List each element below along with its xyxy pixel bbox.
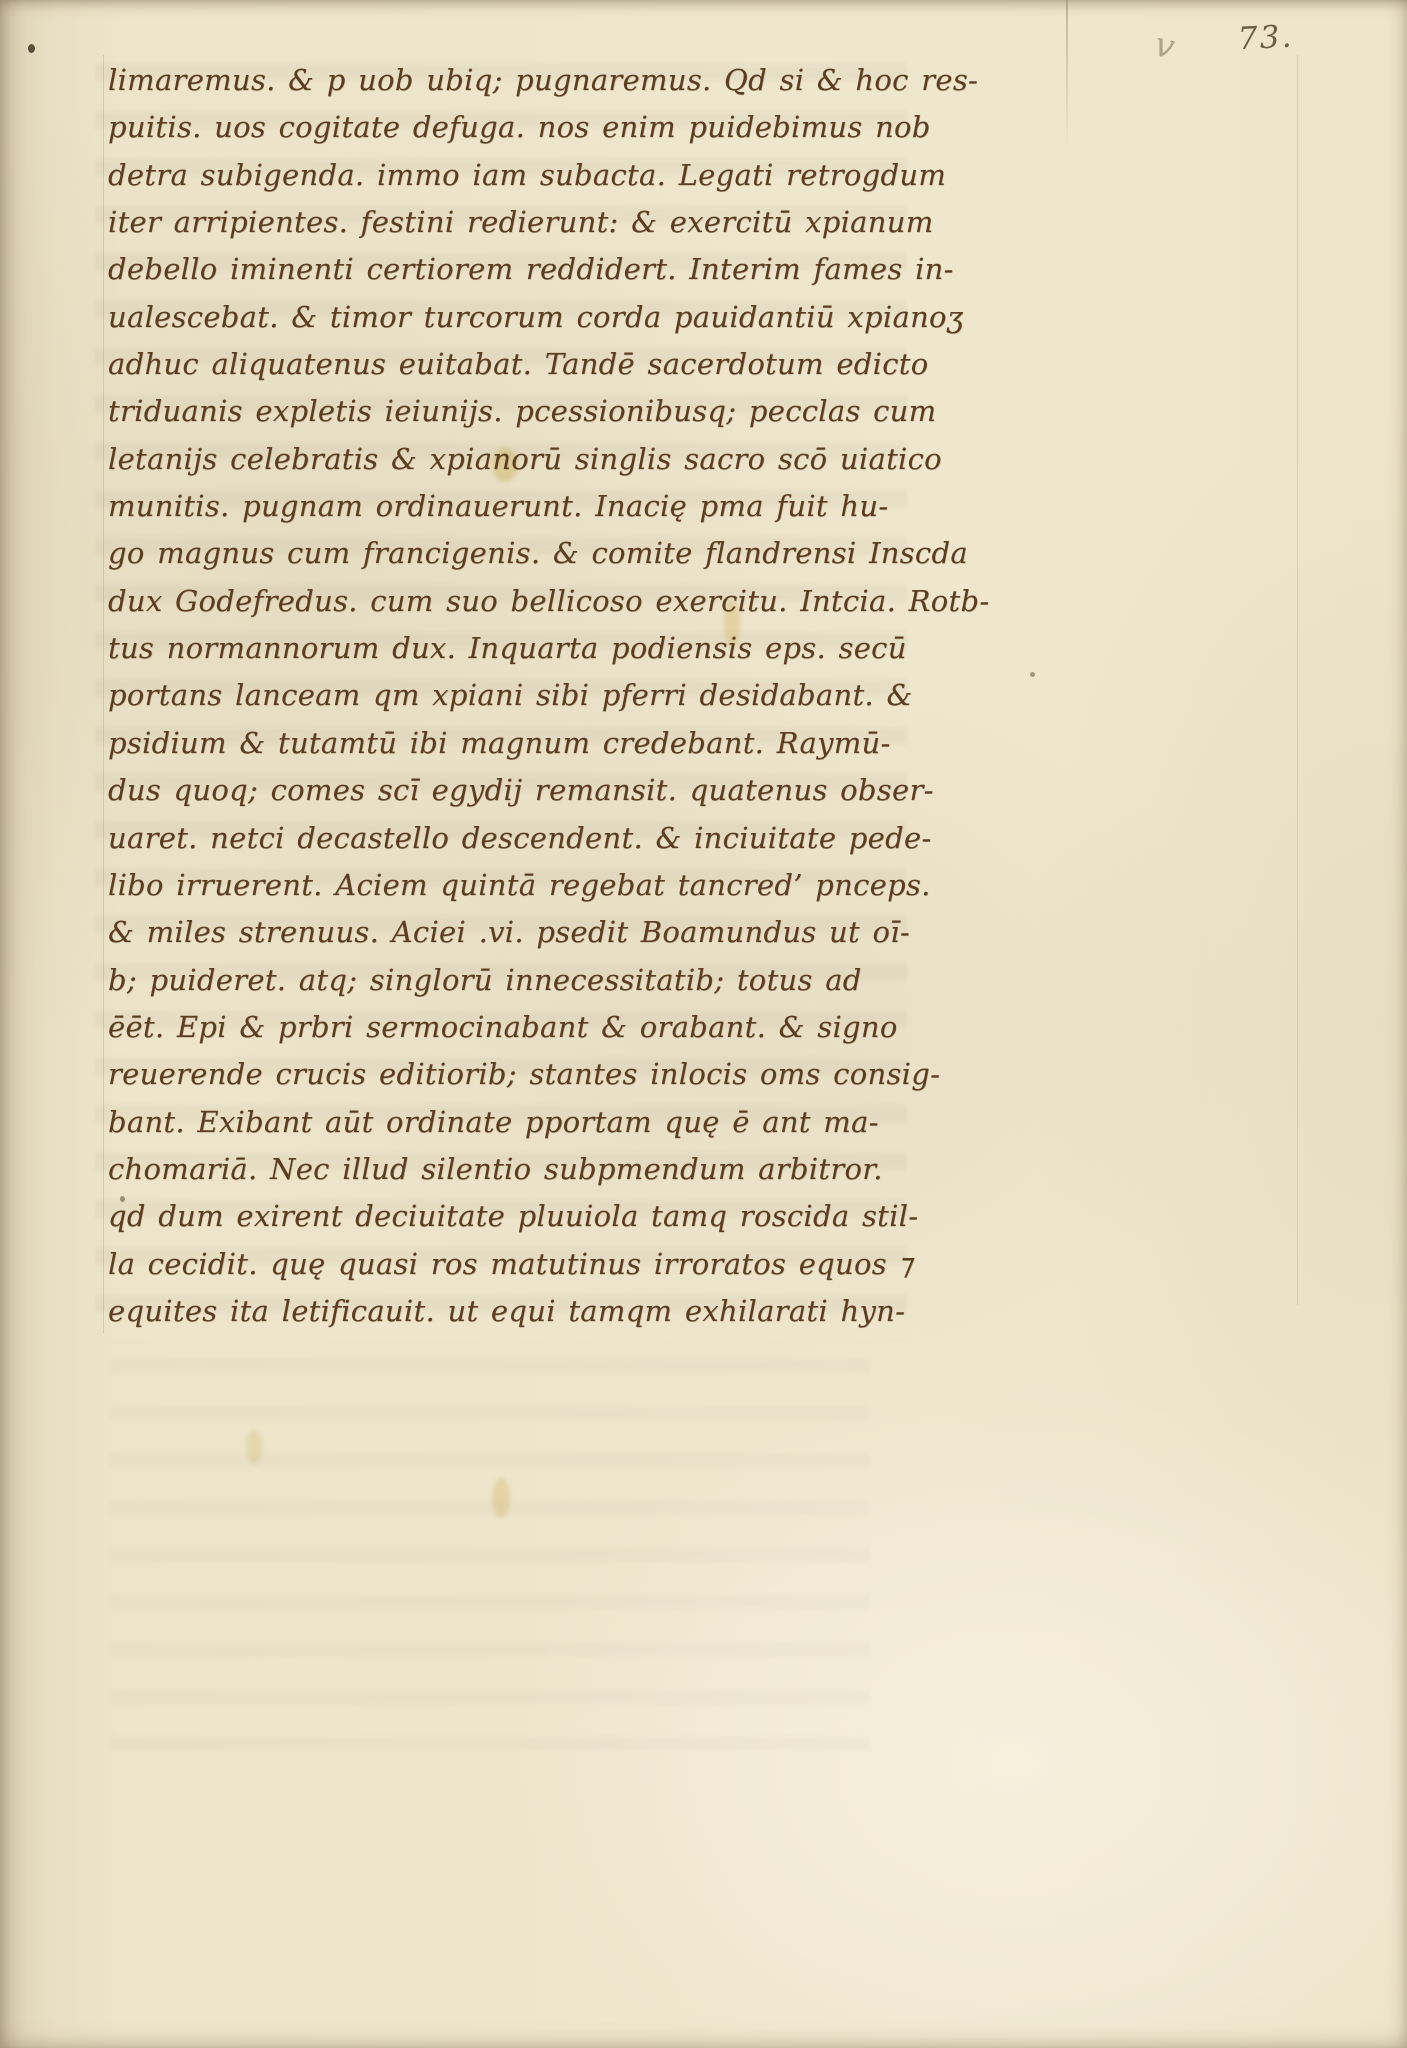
text-line: uaret. netci decastello descendent. & in… (108, 815, 908, 862)
text-line: triduanis expletis ieiunijs. pcessionibu… (108, 388, 908, 435)
text-line: iter arripientes. festini redierunt: & e… (108, 199, 908, 246)
text-line: debello iminenti certiorem reddidert. In… (108, 246, 908, 293)
parchment-stain (246, 1430, 262, 1464)
text-line: la cecidit. quę quasi ros matutinus irro… (108, 1241, 908, 1288)
text-line: limaremus. & p uob ubiq; pugnaremus. Qd … (108, 57, 908, 104)
text-line: & miles strenuus. Aciei .vi. psedit Boam… (108, 909, 908, 956)
parchment-stain (492, 1478, 510, 1518)
text-line: ualescebat. & timor turcorum corda pauid… (108, 294, 908, 341)
text-line: tus normannorum dux. Inquarta podiensis … (108, 625, 908, 672)
text-line: letanijs celebratis & xpianorū singlis s… (108, 436, 908, 483)
text-line: qd dum exirent deciuitate pluuiola tamq … (108, 1193, 908, 1240)
text-line: go magnus cum francigenis. & comite flan… (108, 530, 908, 577)
text-line: libo irruerent. Aciem quintā regebat tan… (108, 862, 908, 909)
text-line: b; puideret. atq; singlorū innecessitati… (108, 957, 908, 1004)
text-line: psidium & tutamtū ibi magnum credebant. … (108, 720, 908, 767)
folio-number: 73. (1237, 19, 1294, 58)
text-line: chomariā. Nec illud silentio subpmendum … (108, 1146, 908, 1193)
text-line: detra subigenda. immo iam subacta. Legat… (108, 152, 908, 199)
text-line: munitis. pugnam ordinauerunt. Inacię pma… (108, 483, 908, 530)
right-ruling-line (1297, 55, 1298, 1305)
text-line: bant. Exibant aūt ordinate pportam quę ē… (108, 1099, 908, 1146)
text-line: adhuc aliquatenus euitabat. Tandē sacerd… (108, 341, 908, 388)
text-block: limaremus. & p uob ubiq; pugnaremus. Qd … (108, 57, 908, 1335)
text-line: dus quoq; comes scī egydij remansit. qua… (108, 767, 908, 814)
text-line: portans lanceam qm xpiani sibi pferri de… (108, 672, 908, 719)
left-ruling-line (103, 55, 104, 1333)
manuscript-scan: v 73. limaremus. & p uob ubiq; pugnaremu… (0, 0, 1407, 2048)
parchment-crease (1066, 0, 1068, 150)
text-line: dux Godefredus. cum suo bellicoso exerci… (108, 578, 908, 625)
verso-bleedthrough-layer-lower (110, 1330, 870, 1750)
text-line: ēēt. Epi & prbri sermocinabant & orabant… (108, 1004, 908, 1051)
text-line: reuerende crucis editiorib; stantes inlo… (108, 1051, 908, 1098)
text-line: puitis. uos cogitate defuga. nos enim pu… (108, 104, 908, 151)
text-line: equites ita letificauit. ut equi tamqm e… (108, 1288, 908, 1335)
ink-speck (1030, 672, 1035, 677)
ink-speck (28, 44, 35, 53)
